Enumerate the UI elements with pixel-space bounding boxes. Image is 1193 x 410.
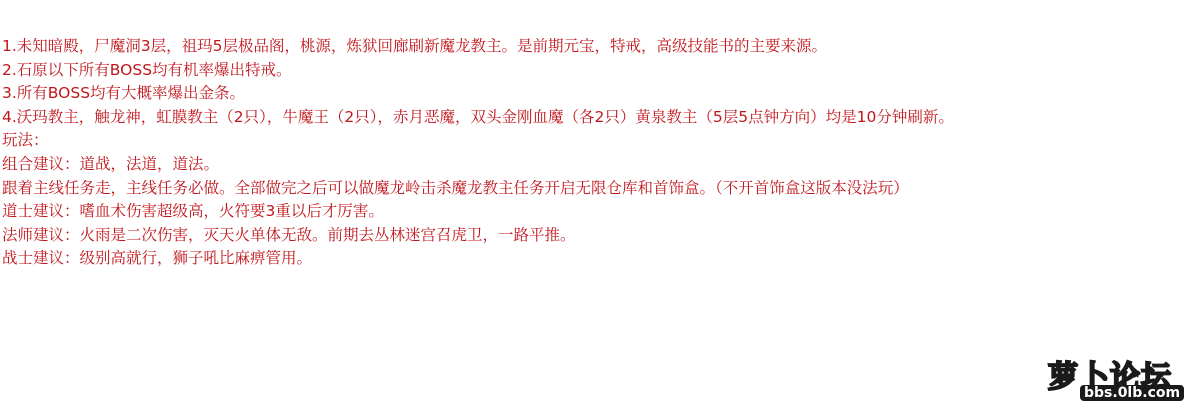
text-line-7: 跟着主线任务走，主线任务必做。全部做完之后可以做魔龙岭击杀魔龙教主任务开启无限仓… xyxy=(2,177,954,201)
document-body: 1.未知暗殿，尸魔洞3层，祖玛5层极品阁，桃源，炼狱回廊刷新魔龙教主。是前期元宝… xyxy=(2,35,954,271)
text-line-2: 2.石原以下所有BOSS均有机率爆出特戒。 xyxy=(2,59,954,83)
site-watermark-logo: 萝卜论坛 bbs.0lb.com xyxy=(1040,352,1185,404)
text-line-5: 玩法： xyxy=(2,129,954,153)
text-line-9: 法师建议：火雨是二次伤害，灭天火单体无敌。前期去丛林迷宫召虎卫，一路平推。 xyxy=(2,224,954,248)
text-line-3: 3.所有BOSS均有大概率爆出金条。 xyxy=(2,82,954,106)
text-line-6: 组合建议：道战，法道，道法。 xyxy=(2,153,954,177)
text-line-10: 战士建议：级别高就行，狮子吼比麻痹管用。 xyxy=(2,247,954,271)
text-line-8: 道士建议：嗜血术伤害超级高，火符要3重以后才厉害。 xyxy=(2,200,954,224)
text-line-1: 1.未知暗殿，尸魔洞3层，祖玛5层极品阁，桃源，炼狱回廊刷新魔龙教主。是前期元宝… xyxy=(2,35,954,59)
text-line-4: 4.沃玛教主，触龙神，虹膜教主（2只），牛魔王（2只），赤月恶魔，双头金刚血魔（… xyxy=(2,106,954,130)
watermark-url: bbs.0lb.com xyxy=(1080,385,1184,401)
